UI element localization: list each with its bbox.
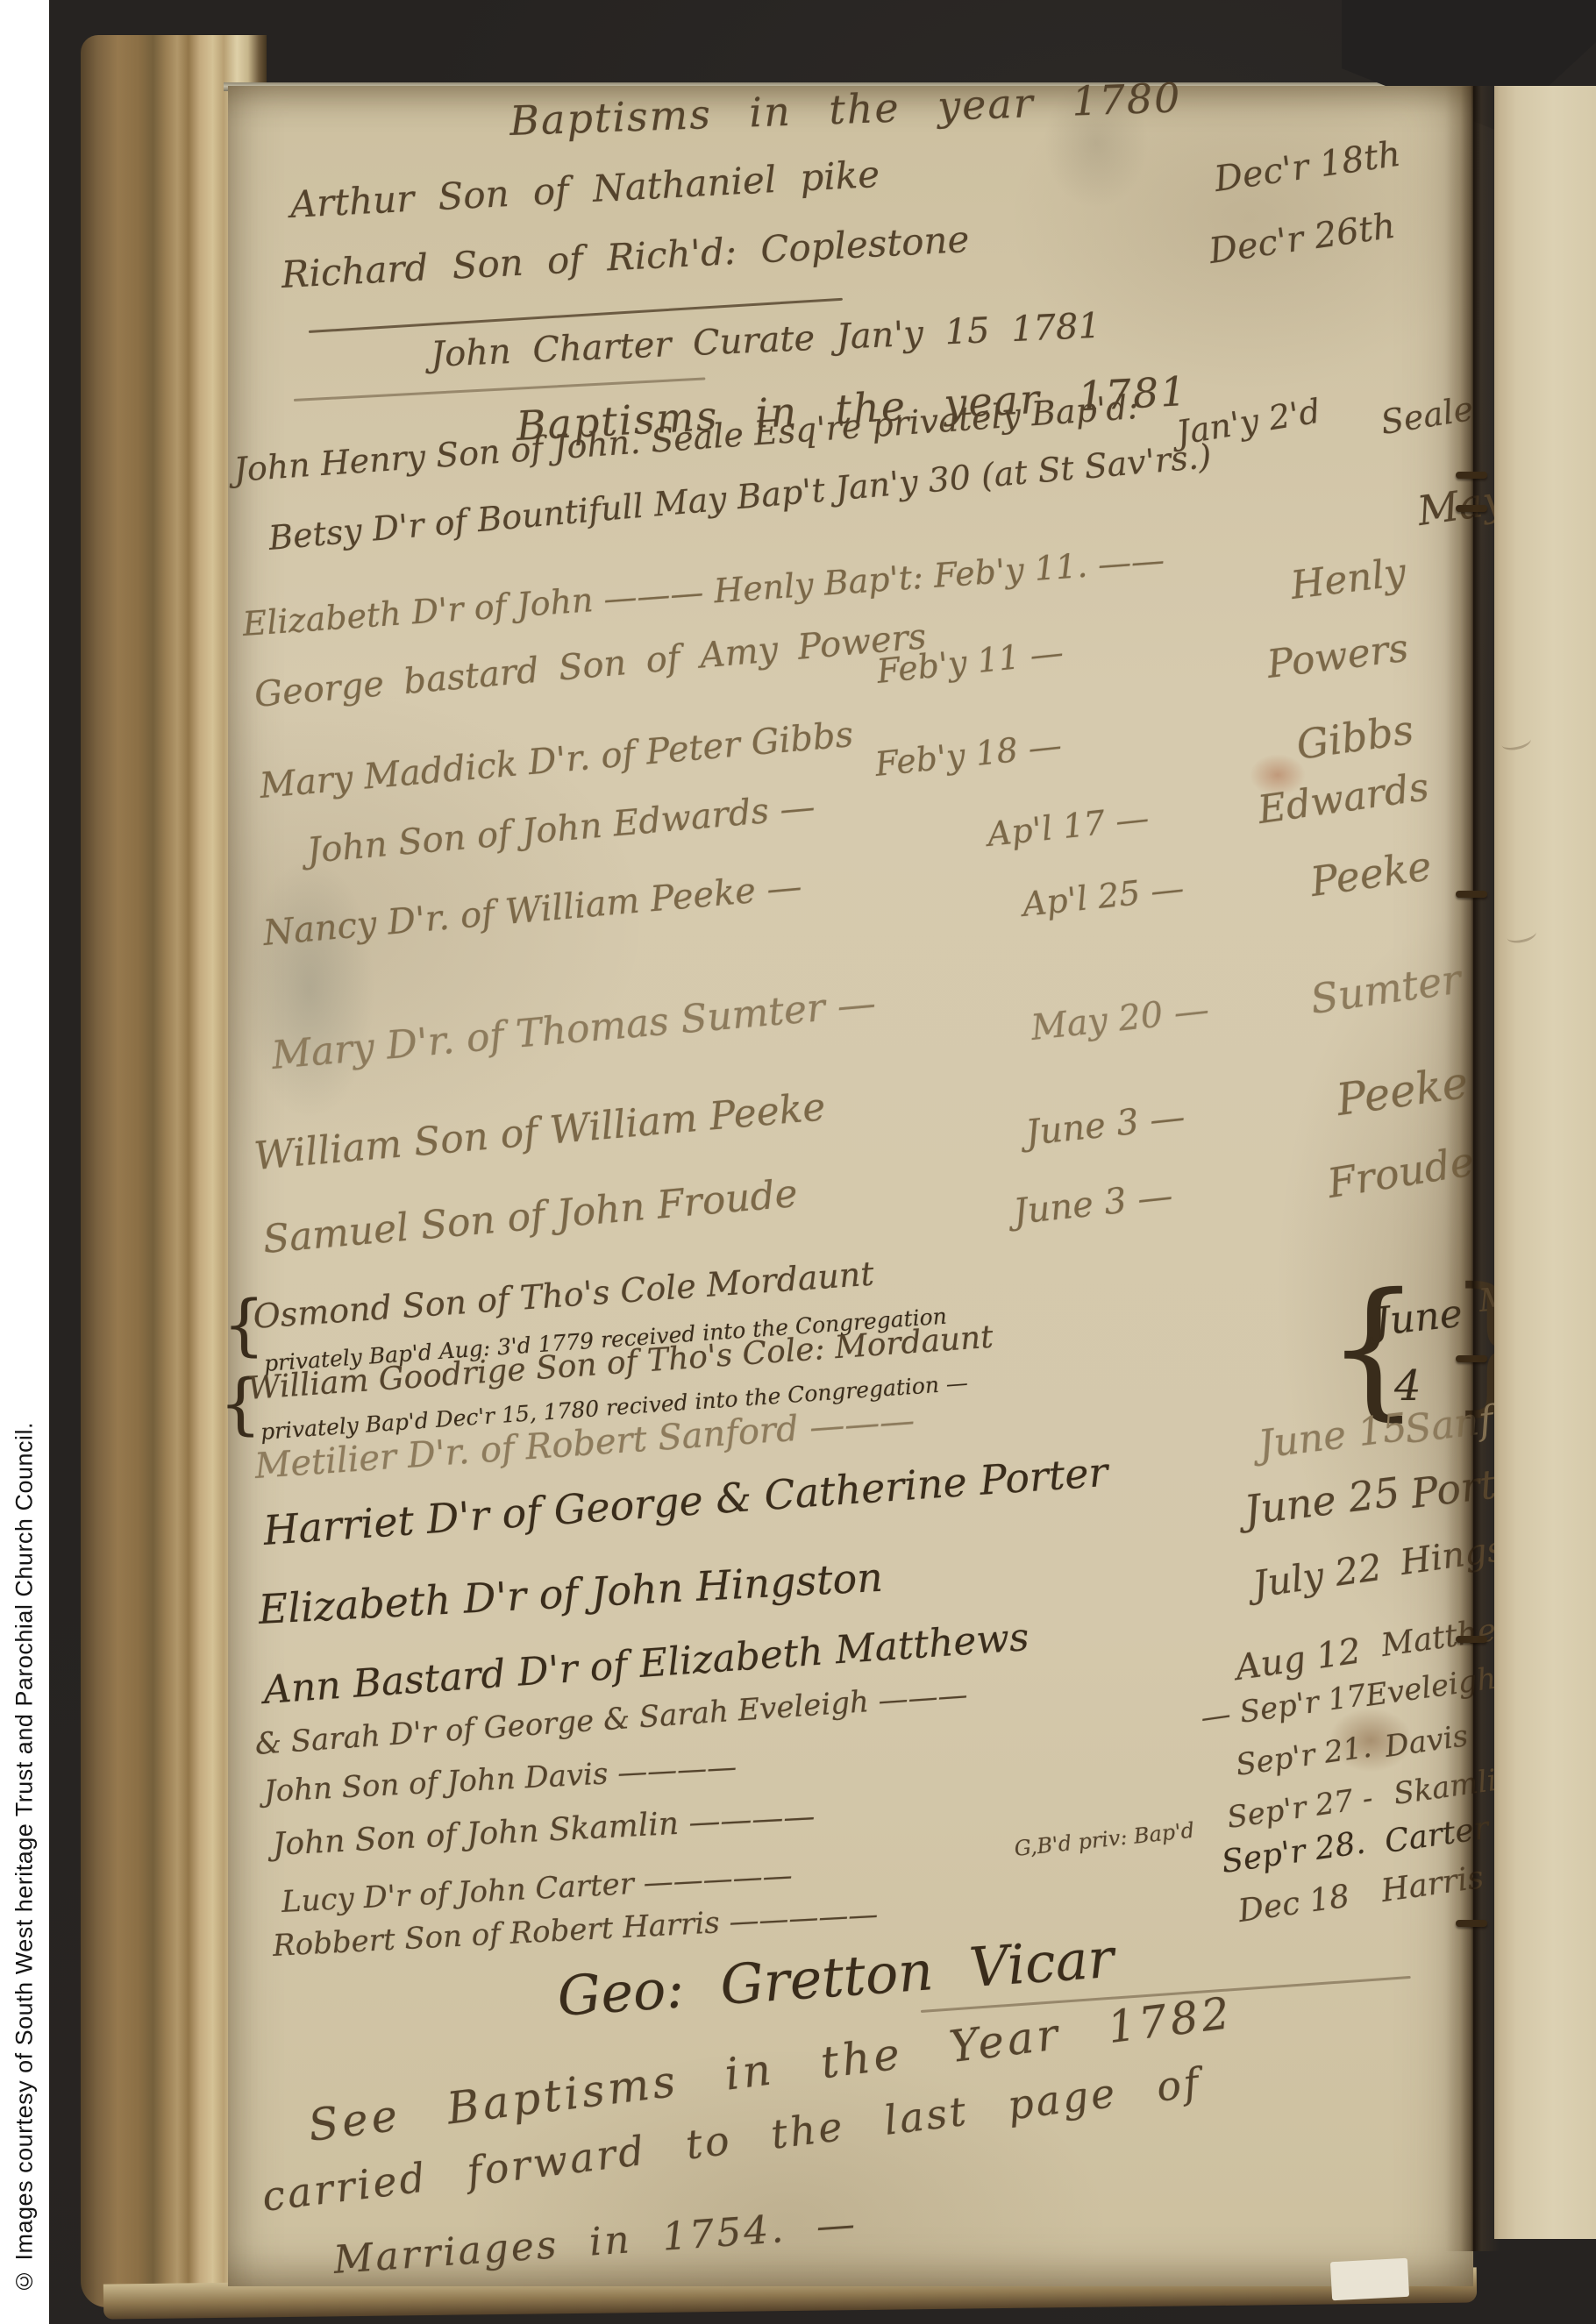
stitch [1456, 891, 1487, 898]
entry-hingston-name: Elizabeth D'r of John Hingston [258, 1557, 884, 1630]
entry-henly-surname: Henly [1289, 553, 1408, 606]
mordaunt-date-day: 4 [1394, 1365, 1421, 1407]
stitch [1456, 1636, 1487, 1643]
entry-gibbs-date: Feb'y 18 — [873, 728, 1063, 781]
ink-bleed-mark [1506, 925, 1538, 946]
entry-sumter-name: Mary D'r. of Thomas Sumter — [270, 984, 877, 1076]
stitch [1456, 472, 1487, 479]
entry-skamlin-name: John Son of John Skamlin ———— [272, 1802, 816, 1861]
entry-1780-0-name: Arthur Son of Nathaniel pike [289, 156, 880, 224]
entry-1780-1-name: Richard Son of Rich'd: Coplestone [281, 221, 971, 294]
entry-matthews-date: Aug 12 [1233, 1633, 1363, 1686]
entry-porter-date: June 25 [1242, 1472, 1401, 1531]
carry-note-line3: Marriages in 1754. — [332, 2205, 859, 2280]
entry-hingston-date: July 22 [1250, 1549, 1384, 1603]
entry-peeke1-name: Nancy D'r. of William Peeke — [262, 869, 803, 951]
entry-froude-date: June 3 — [1012, 1178, 1174, 1230]
stitch [1456, 1920, 1487, 1927]
entry-peeke1-date: Ap'l 25 — [1021, 871, 1186, 921]
entry-edwards-surname: Edwards [1256, 768, 1431, 830]
facing-page [1494, 86, 1596, 2239]
ink-bleed-mark [1500, 732, 1533, 753]
entry-gibbs-surname: Gibbs [1294, 709, 1416, 765]
entry-sanford-date: June 15 [1257, 1409, 1409, 1465]
entry-davis-date: Sep'r 21. [1234, 1732, 1373, 1780]
entry-eveleigh-date: — Sep'r 17 [1199, 1681, 1368, 1733]
entry-sumter-date: May 20 — [1030, 992, 1211, 1046]
entry-peeke1-surname: Peeke [1308, 845, 1434, 902]
entry-1780-0-date: Dec'r 18th [1212, 137, 1402, 197]
entry-powers-surname: Powers [1265, 629, 1411, 685]
stitch [1456, 505, 1487, 512]
entry-sumter-surname: Sumter [1308, 958, 1464, 1020]
entry-froude-name: Samuel Son of John Froude [261, 1175, 799, 1260]
entry-carter-date: Sep'r 28. [1220, 1827, 1367, 1879]
entry-edwards-name: John Son of John Edwards — [306, 790, 816, 869]
binding-gutter [1445, 86, 1500, 2251]
entry-davis-name: John Son of John Davis ———— [263, 1752, 737, 1807]
register-page: Baptisms in the year 1780 Arthur Son of … [228, 86, 1473, 2286]
page-corner-tab [1330, 2258, 1409, 2301]
entry-peeke2-name: William Son of William Peeke [253, 1088, 827, 1176]
section-header-1780: Baptisms in the year 1780 [509, 77, 1182, 141]
ink-smudge [244, 857, 375, 1120]
archive-credit-strip: © Images courtesy of South West heritage… [0, 0, 49, 2324]
entry-henly-name: Elizabeth D'r of John ——— Henly Bap't: F… [241, 544, 1165, 641]
entry-harris-date: Dec 18 [1236, 1881, 1351, 1928]
entry-1780-1-date: Dec'r 26th [1207, 209, 1397, 269]
entry-peeke2-date: June 3 — [1024, 1099, 1186, 1151]
entry-edwards-date: Ap'l 17 — [986, 801, 1151, 851]
credit-text: © Images courtesy of South West heritage… [11, 1422, 39, 2294]
stitch [1456, 1355, 1487, 1362]
entry-carter-annotation: G,B'd priv: Bap'd [1013, 1820, 1195, 1859]
vicar-signature: Geo: Gretton Vicar [556, 1931, 1115, 2024]
register-photo: Baptisms in the year 1780 Arthur Son of … [0, 0, 1596, 2324]
